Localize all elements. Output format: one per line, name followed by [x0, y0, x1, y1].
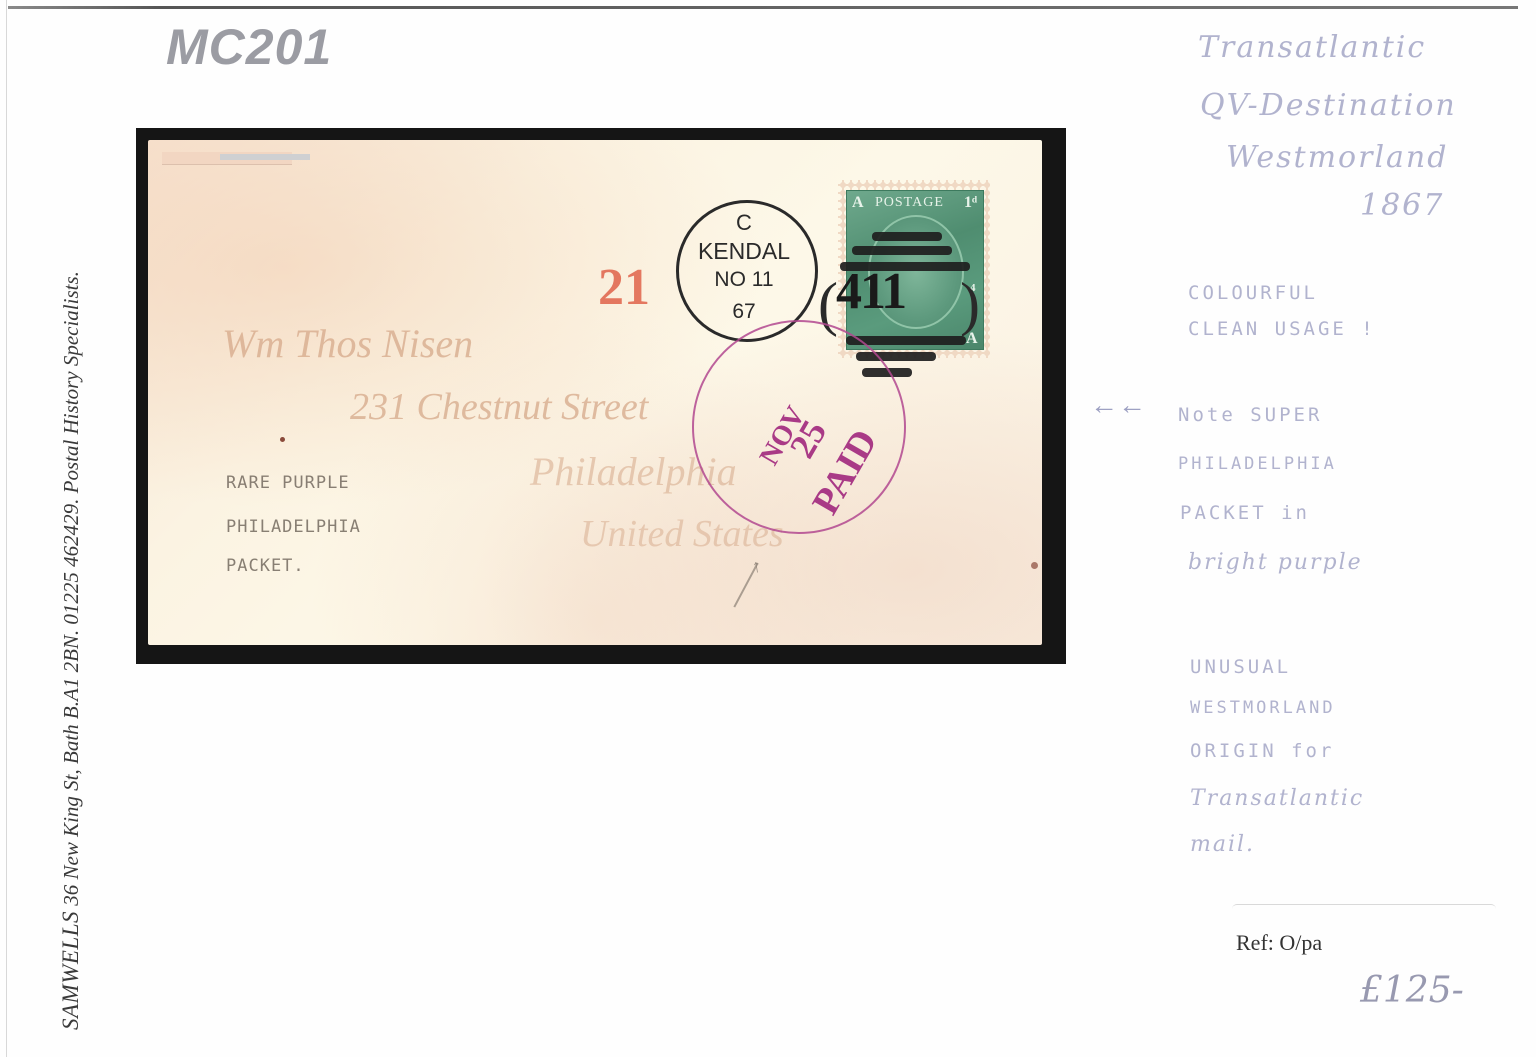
stamp-corner-letter: A [852, 194, 864, 212]
rate-handstamp: 21 [598, 258, 650, 317]
reference-code: Ref: O/pa [1236, 930, 1322, 956]
pencil-note-line: RARE PURPLE [226, 473, 350, 493]
cancel-bar [872, 232, 942, 241]
margin-note-line: ORIGIN for [1190, 740, 1334, 762]
lot-code: MC201 [166, 18, 332, 76]
cover-flap-tear [220, 154, 310, 160]
postmark-code: C [676, 210, 812, 236]
foxing-spot [1031, 562, 1038, 569]
pencil-note-line: PACKET. [226, 556, 305, 576]
pencil-note-line: PHILADELPHIA [226, 517, 361, 537]
margin-note-line: CLEAN USAGE ! [1188, 318, 1376, 340]
numeral-cancel: 411 [836, 262, 905, 321]
price-tag: £125- [1360, 970, 1464, 1011]
dealer-strip: SAMWELLS 36 New King St, Bath B.A1 2BN. … [58, 120, 84, 1030]
postmark-date: NO 11 [676, 268, 812, 292]
top-divider [8, 6, 1518, 9]
page-edge [6, 0, 7, 1057]
cancel-bar [852, 246, 952, 255]
margin-note-line: Transatlantic [1190, 786, 1364, 811]
margin-note-line: COLOURFUL [1188, 282, 1318, 304]
stamp-label: POSTAGE [875, 195, 944, 211]
margin-note-line: PHILADELPHIA [1178, 454, 1337, 474]
foxing-spot [280, 437, 285, 442]
margin-note-line: UNUSUAL [1190, 656, 1291, 678]
cancel-bracket: ) [960, 270, 980, 339]
margin-title-line: QV-Destination [1200, 88, 1457, 123]
dealer-name: SAMWELLS [58, 911, 83, 1030]
margin-title-line: Westmorland [1226, 140, 1448, 175]
postmark-town: KENDAL [676, 238, 812, 265]
margin-note-line: bright purple [1188, 550, 1363, 575]
margin-note-line: PACKET in [1180, 502, 1310, 524]
margin-note-line: Note SUPER [1178, 404, 1322, 426]
margin-note-line: mail. [1190, 832, 1255, 857]
stamp-value: 1ᵈ [964, 194, 977, 212]
margin-title-line: 1867 [1360, 188, 1444, 223]
margin-note-line: WESTMORLAND [1190, 698, 1336, 718]
address-line-name: Wm Thos Nisen [222, 320, 473, 367]
margin-title-line: Transatlantic [1198, 30, 1426, 65]
margin-arrows-icon: ←← [1090, 393, 1146, 419]
dealer-address: 36 New King St, Bath B.A1 2BN. 01225 462… [59, 271, 83, 906]
ref-divider [1232, 904, 1496, 909]
address-line-street: 231 Chestnut Street [350, 385, 648, 429]
